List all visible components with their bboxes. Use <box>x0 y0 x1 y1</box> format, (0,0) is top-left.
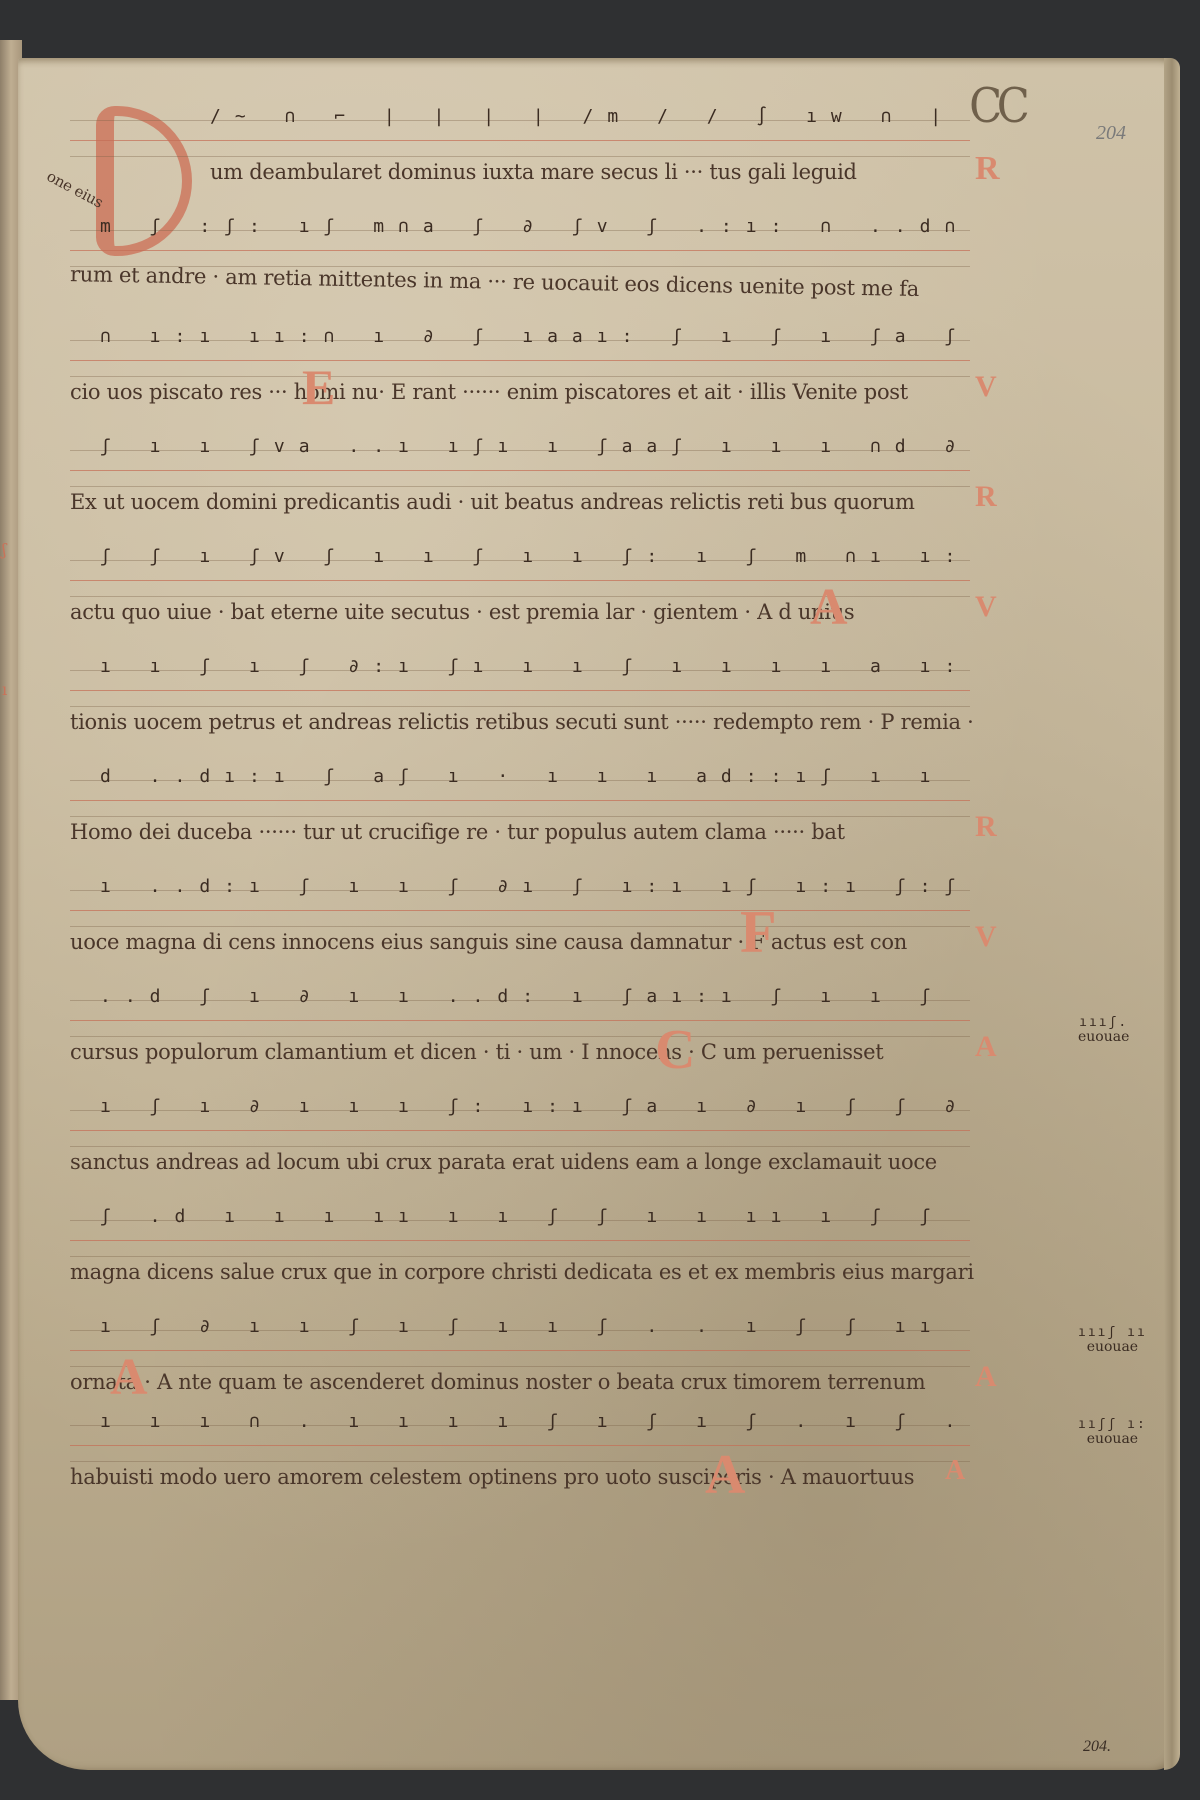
lyric-line: cursus populorum clamantium et dicen · t… <box>70 1040 970 1064</box>
lyric-line: uoce magna di cens innocens eius sanguis… <box>70 930 970 954</box>
neumes: ı ʃ ∂ ı ı ʃ ı ʃ ı ı ʃ . . ı ʃ ʃ ıı ı ı ʃ <box>100 1316 960 1337</box>
folio-number-top: 204 <box>1096 122 1126 145</box>
initial-a: A <box>810 578 848 637</box>
rubric-a: A <box>945 1455 965 1487</box>
chant-system: ∩ ı:ı ıı:∩ ı ∂ ʃ ıaaı: ʃ ı ʃ ı ʃa ʃa ı∂ı… <box>40 318 970 428</box>
chant-system: /~ ∩ ⌐ | | | | /m / / ∫ ıw ∩ | | ı: ∩ :ı… <box>40 98 970 208</box>
initial-e: E <box>302 358 335 416</box>
lyric-line: um deambularet dominus iuxta mare secus … <box>210 160 970 184</box>
neumes: /~ ∩ ⌐ | | | | /m / / ∫ ıw ∩ | | ı: ∩ :ı… <box>210 106 960 127</box>
neumes: ..d ʃ ı ∂ ı ı ..d: ı ʃaı:ı ʃ ı ı ʃ ı ı ʃ… <box>100 986 960 1007</box>
margin-euouae: ıııʃ. euouae <box>1078 1016 1129 1044</box>
margin-text: one eius <box>44 167 105 211</box>
chant-system: ı ı ʃ ı ʃ ∂:ı ʃı ı ı ʃ ı ı ı ı a ı:ad ʃ … <box>40 648 970 758</box>
left-margin-rubric: ı <box>2 680 16 699</box>
initial-f: F <box>740 898 777 967</box>
neumes: d ..dı:ı ʃ aʃ ı · ı ı ı ad::ıʃ ı ı ʃ ı ı… <box>100 766 960 787</box>
rubric-v: V <box>975 920 997 954</box>
rubric-r: R <box>975 480 997 514</box>
folio-mark: CC <box>969 78 1024 134</box>
neumes: ı ..d:ı ʃ ı ı ʃ ∂ı ʃ ı:ı ıʃ ı:ı ʃ:ʃ ∂ı ı… <box>100 876 960 897</box>
lyric-line: rum et andre · am retia mittentes in ma … <box>70 262 970 302</box>
chant-system: ..d ʃ ı ∂ ı ı ..d: ı ʃaı:ı ʃ ı ı ʃ ı ı ʃ… <box>40 978 970 1088</box>
rubric-a: A <box>975 1360 997 1394</box>
lyric-line: habuisti modo uero amorem celestem optin… <box>70 1465 970 1489</box>
neumes: ʃ ı ı ʃva ..ı ıʃı ı ʃaaʃ ı ı ı ∩d ∂: ıʃı… <box>100 436 960 457</box>
initial-a: A <box>110 1348 148 1407</box>
page-edge <box>1164 58 1180 1770</box>
margin-euouae: ııʃʃ ı: euouae <box>1078 1418 1147 1446</box>
chant-system: ʃ ʃ ı ʃv ʃ ı ı ʃ ı ı ʃ: ı ʃ m ∩ı ı:ı ..a… <box>40 538 970 648</box>
margin-euouae: ıııʃ ıı euouae <box>1078 1326 1147 1354</box>
chant-system: ı ..d:ı ʃ ı ı ʃ ∂ı ʃ ı:ı ıʃ ı:ı ʃ:ʃ ∂ı ı… <box>40 868 970 978</box>
neumes: ı ʃ ı ∂ ı ı ı ʃ: ı:ı ʃa ı ∂ ı ʃ ʃ ∂ ı ı … <box>100 1096 960 1117</box>
lyric-line: cio uos piscato res ··· homi nu· E rant … <box>70 380 970 404</box>
chant-system: ı ʃ ı ∂ ı ı ı ʃ: ı:ı ʃa ı ∂ ı ʃ ʃ ∂ ı ı … <box>40 1088 970 1198</box>
chant-system: ı ı ı ∩ . ı ı ı ı ʃ ı ʃ ı ʃ . ı ʃ . ı ʃ … <box>40 1403 970 1513</box>
chant-system: ʃ ı ı ʃva ..ı ıʃı ı ʃaaʃ ı ı ı ∩d ∂: ıʃı… <box>40 428 970 538</box>
lyric-line: sanctus andreas ad locum ubi crux parata… <box>70 1150 970 1174</box>
neumes: ı ı ʃ ı ʃ ∂:ı ʃı ı ı ʃ ı ı ı ı a ı:ad ʃ … <box>100 656 960 677</box>
rubric-r: R <box>975 150 1000 188</box>
neumes: ∩ ı:ı ıı:∩ ı ∂ ʃ ıaaı: ʃ ı ʃ ı ʃa ʃa ı∂ı… <box>100 326 960 347</box>
chant-system: m ʃ :ʃ: ıʃ m∩a ʃ ∂ ʃv ʃ .:ı: ∩ ..d∩ı ı∩m… <box>40 208 970 318</box>
rubric-v: V <box>975 370 997 404</box>
chant-system: d ..dı:ı ʃ aʃ ı · ı ı ı ad::ıʃ ı ı ʃ ı ı… <box>40 758 970 868</box>
lyric-line: ornata · A nte quam te ascenderet dominu… <box>70 1370 970 1394</box>
lyric-line: Ex ut uocem domini predicantis audi · ui… <box>70 490 970 514</box>
left-margin-rubric: ʃ <box>2 540 16 559</box>
neumes: ı ı ı ∩ . ı ı ı ı ʃ ı ʃ ı ʃ . ı ʃ . ı ʃ … <box>100 1411 960 1432</box>
neumes: m ʃ :ʃ: ıʃ m∩a ʃ ∂ ʃv ʃ .:ı: ∩ ..d∩ı ı∩m… <box>100 216 960 237</box>
lyric-line: magna dicens salue crux que in corpore c… <box>70 1260 970 1284</box>
lyric-line: Homo dei duceba ······ tur ut crucifige … <box>70 820 970 844</box>
rubric-v: V <box>975 590 997 624</box>
chant-system: ʃ .d ı ı ı ıı ı ı ʃ ʃ ı ı ıı ı ʃ ʃ ı ∂ ı… <box>40 1198 970 1308</box>
chant-system: ı ʃ ∂ ı ı ʃ ı ʃ ı ı ʃ . . ı ʃ ʃ ıı ı ı ʃ… <box>40 1308 970 1418</box>
folio-number-bottom: 204. <box>1083 1738 1111 1756</box>
manuscript-page: CC 204 /~ ∩ ⌐ | | | | /m / / ∫ ıw ∩ | | … <box>18 58 1180 1770</box>
neumes: ʃ ʃ ı ʃv ʃ ı ı ʃ ı ı ʃ: ı ʃ m ∩ı ı:ı ..a… <box>100 546 960 567</box>
rubric-r: R <box>975 810 997 844</box>
lyric-line: tionis uocem petrus et andreas relictis … <box>70 710 970 734</box>
neumes: ʃ .d ı ı ı ıı ı ı ʃ ʃ ı ı ıı ı ʃ ʃ ı ∂ ı… <box>100 1206 960 1227</box>
initial-c: C <box>655 1018 695 1082</box>
rubric-a: A <box>975 1030 997 1064</box>
initial-a: A <box>705 1443 745 1507</box>
